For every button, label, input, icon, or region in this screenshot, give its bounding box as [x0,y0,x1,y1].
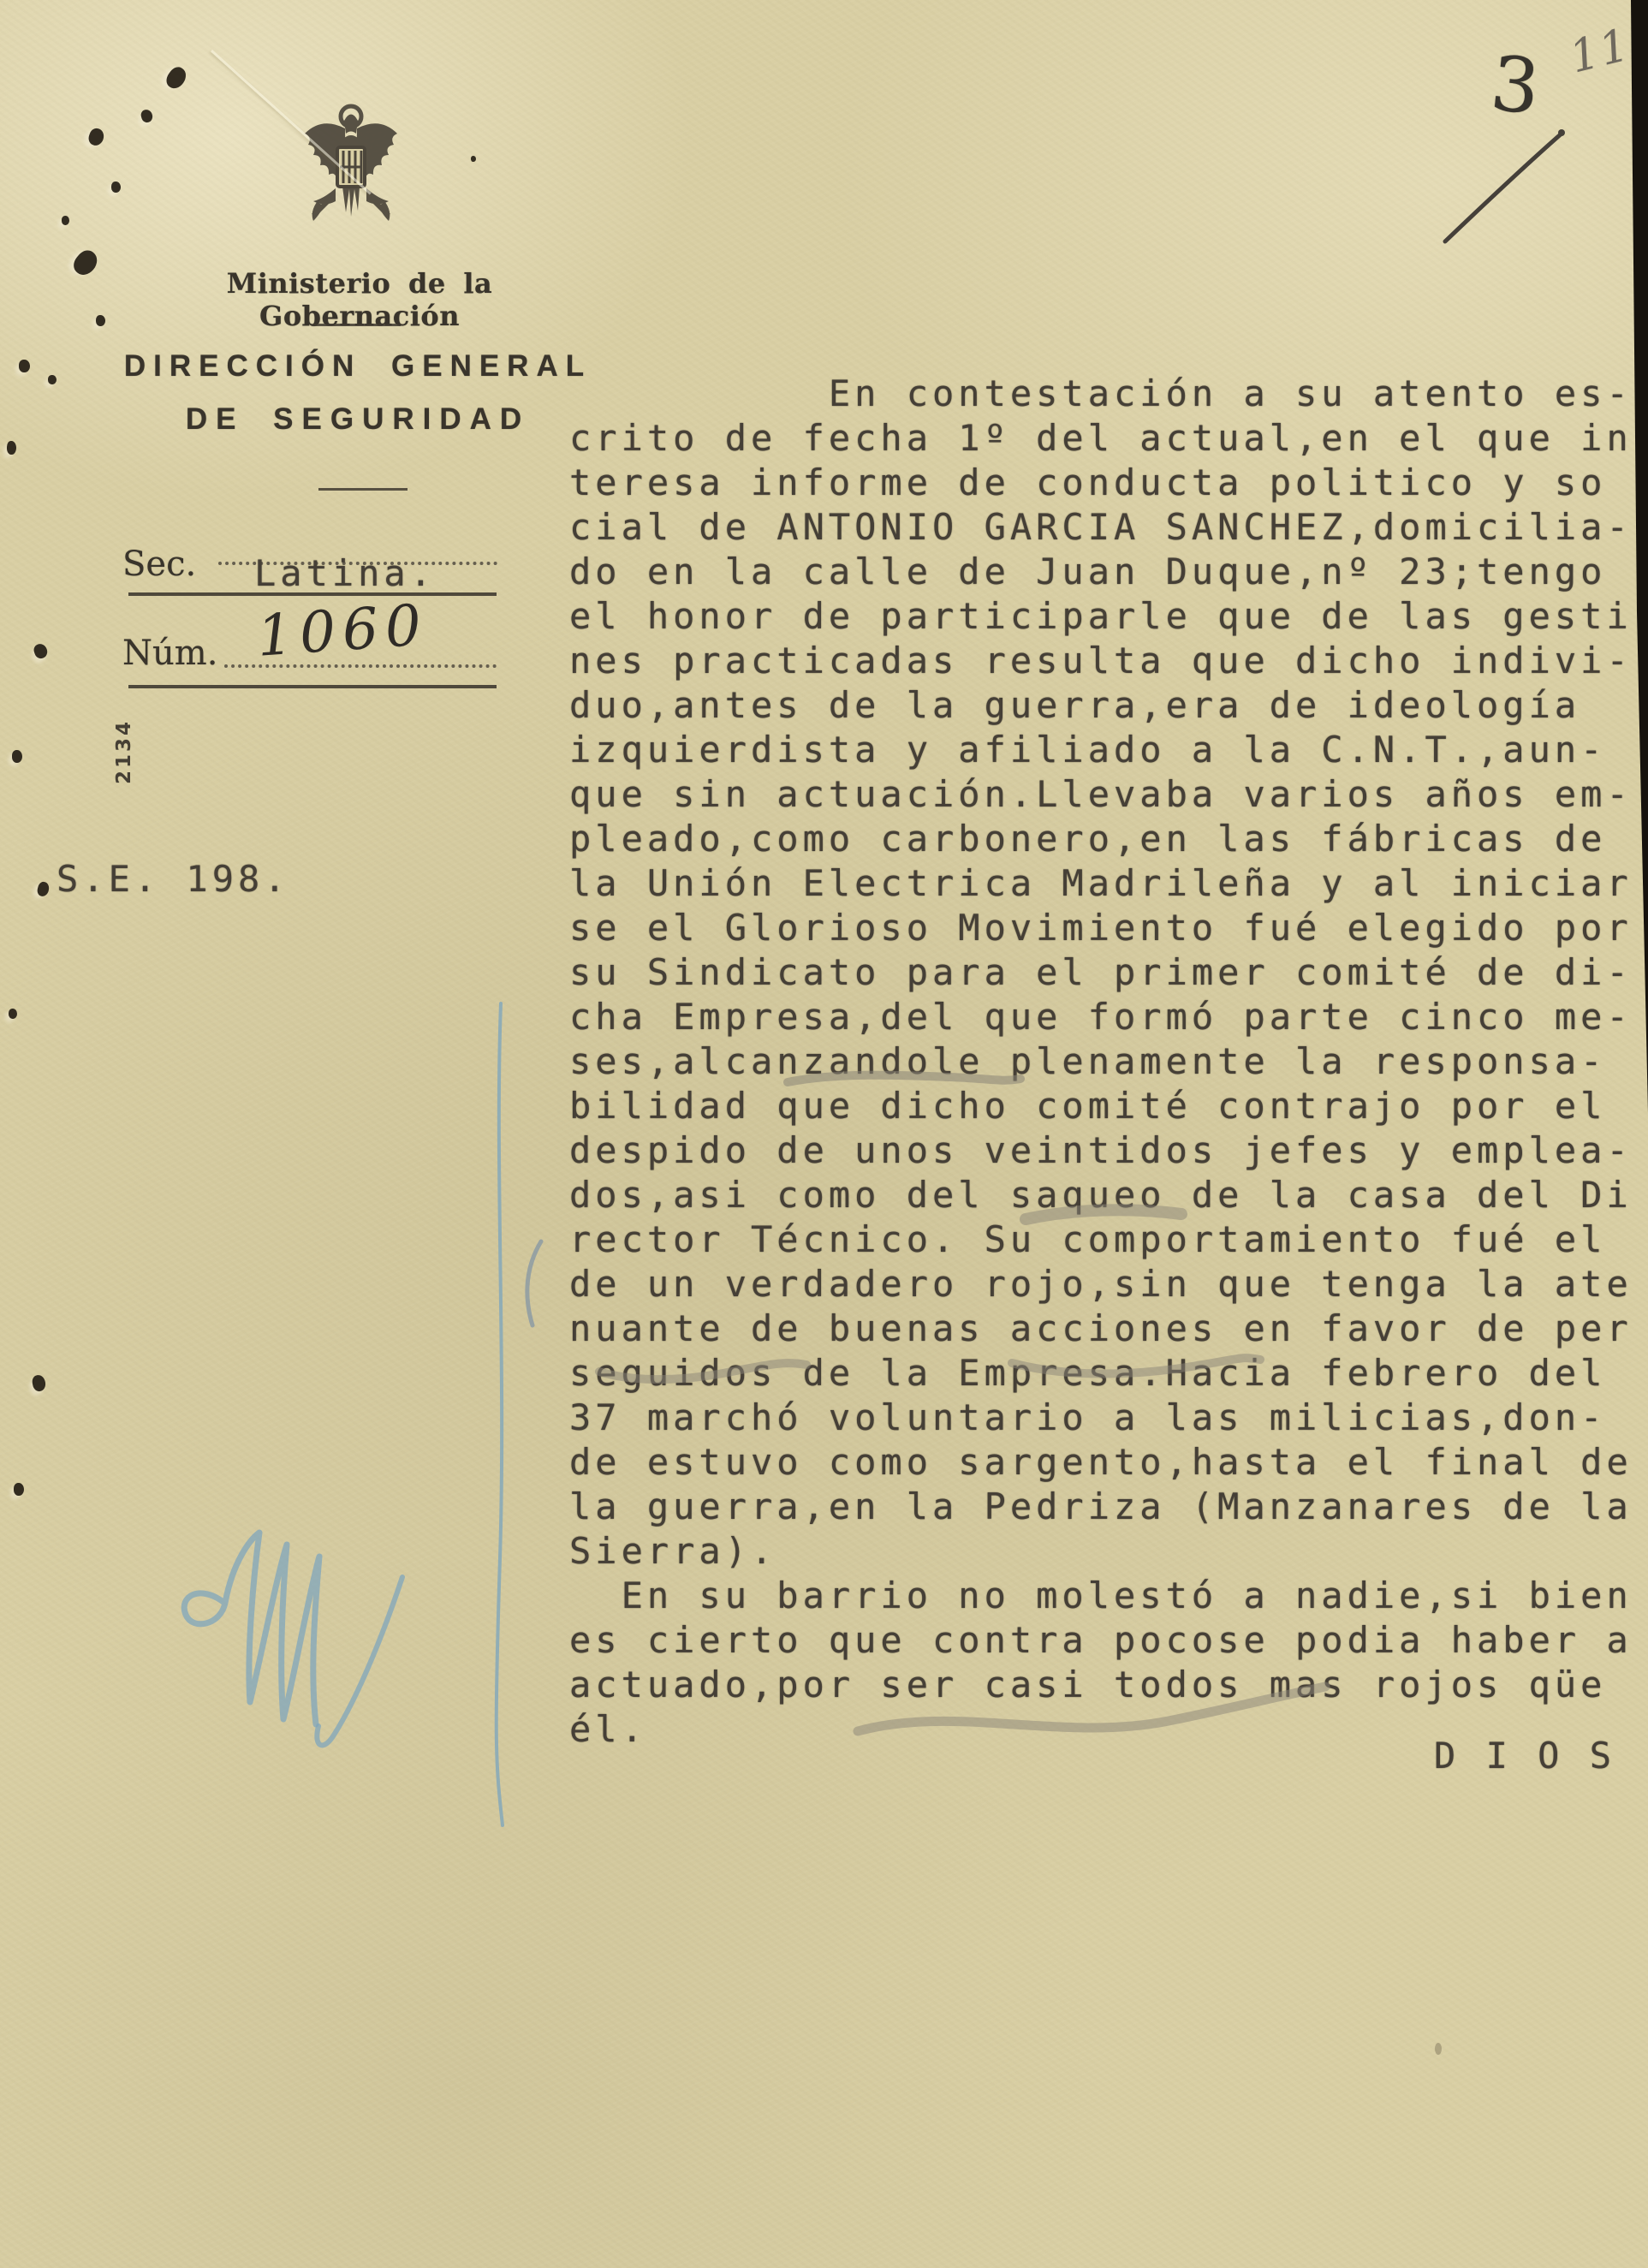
francoist-eagle-emblem-icon [300,103,402,243]
punch-hole [96,315,105,326]
file-reference: S.E. 198. [57,858,290,900]
blue-paren-mark [527,1241,541,1325]
punch-hole [62,216,69,225]
direction-general-line1: DIRECCIÓN GENERAL [101,349,615,384]
punch-hole [19,360,30,372]
blue-scribble-tail [317,1577,402,1745]
scanned-document-page: Ministerio de la Gobernación DIRECCIÓN G… [0,0,1648,2268]
ink-speck [471,156,476,162]
number-field-label: Núm. [122,634,217,673]
section-field-value: Latina. [254,552,436,594]
blue-margin-line [497,1003,503,1825]
punch-hole [12,750,22,763]
blue-scribble [184,1533,319,1724]
punch-hole [33,642,50,660]
faint-stain [1435,2043,1442,2055]
letterhead-divider [313,324,401,326]
punch-hole [36,881,51,898]
section-field-label: Sec. [122,545,196,584]
direction-general-line2: DE SEGURIDAD [101,402,615,437]
closing-salutation: D I O S [1434,1735,1615,1777]
punch-hole [111,182,121,193]
printers-control-number-vertical: 2134 [113,719,135,784]
ministry-title: Ministerio de la Gobernación [120,267,599,332]
handwritten-secondary-number: 11 [1565,19,1636,83]
punch-hole [69,247,102,279]
punch-hole [9,1009,17,1019]
punch-hole [31,1374,46,1392]
punch-hole [7,441,16,455]
typewritten-body-text: En contestación a su atento es- crito de… [569,372,1641,1752]
punch-hole [48,375,57,384]
punch-hole [163,64,189,92]
punch-hole [14,1483,24,1496]
ink-slash-dot [1558,129,1565,136]
handwritten-page-number: 3 [1487,39,1544,131]
punch-hole [86,127,106,148]
number-rule [128,685,497,688]
section-rule [128,592,497,596]
ink-slash-mark [1445,134,1562,241]
punch-hole [140,109,153,124]
number-field-handwritten-value: 1060 [255,592,431,670]
letterhead-divider [318,488,408,491]
